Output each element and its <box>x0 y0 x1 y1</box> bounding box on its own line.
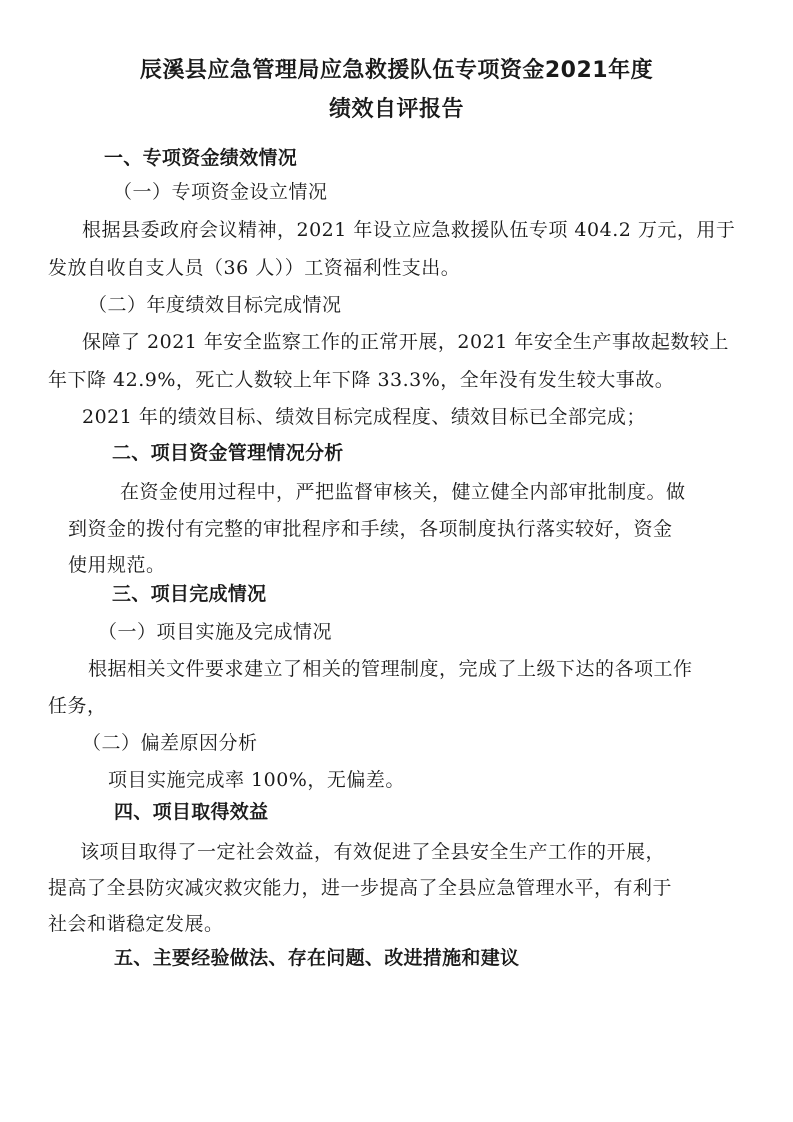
subsection-heading-3-1: （一）项目实施及完成情况 <box>98 620 332 644</box>
paragraph-line: 使用规范。 <box>68 553 166 577</box>
paragraph-line: 提高了全县防灾减灾救灾能力，进一步提高了全县应急管理水平，有利于 <box>48 876 672 900</box>
paragraph-line: 根据相关文件要求建立了相关的管理制度，完成了上级下达的各项工作 <box>88 657 693 681</box>
paragraph-line: 保障了 2021 年安全监察工作的正常开展，2021 年安全生产事故起数较上 <box>82 330 729 354</box>
document-title-line-2: 绩效自评报告 <box>0 96 793 124</box>
section-heading-2: 二、项目资金管理情况分析 <box>112 441 344 465</box>
paragraph-line: 发放自收自支人员（36 人））工资福利性支出。 <box>48 256 460 280</box>
paragraph-line: 2021 年的绩效目标、绩效目标完成程度、绩效目标已全部完成； <box>82 405 646 429</box>
subsection-heading-1-2: （二）年度绩效目标完成情况 <box>88 293 342 317</box>
section-heading-5: 五、主要经验做法、存在问题、改进措施和建议 <box>114 946 519 970</box>
section-heading-3: 三、项目完成情况 <box>112 582 266 606</box>
section-heading-1: 一、专项资金绩效情况 <box>104 146 297 170</box>
paragraph-line: 社会和谐稳定发展。 <box>48 912 224 936</box>
paragraph-line: 到资金的拨付有完整的审批程序和手续，各项制度执行落实较好，资金 <box>68 517 673 541</box>
subsection-heading-3-2: （二）偏差原因分析 <box>82 731 258 755</box>
paragraph-line: 在资金使用过程中，严把监督审核关，健立健全内部审批制度。做 <box>120 480 686 504</box>
paragraph-line: 年下降 42.9%，死亡人数较上年下降 33.3%，全年没有发生较大事故。 <box>48 368 674 392</box>
subsection-heading-1-1: （一）专项资金设立情况 <box>113 180 328 204</box>
document-title-line-1: 辰溪县应急管理局应急救援队伍专项资金2021年度 <box>0 57 793 85</box>
paragraph-line: 项目实施完成率 100%，无偏差。 <box>108 768 405 792</box>
paragraph-line: 根据县委政府会议精神，2021 年设立应急救援队伍专项 404.2 万元，用于 <box>82 218 735 242</box>
paragraph-line: 任务， <box>48 694 107 718</box>
section-heading-4: 四、项目取得效益 <box>114 800 268 824</box>
paragraph-line: 该项目取得了一定社会效益，有效促进了全县安全生产工作的开展， <box>80 840 665 864</box>
